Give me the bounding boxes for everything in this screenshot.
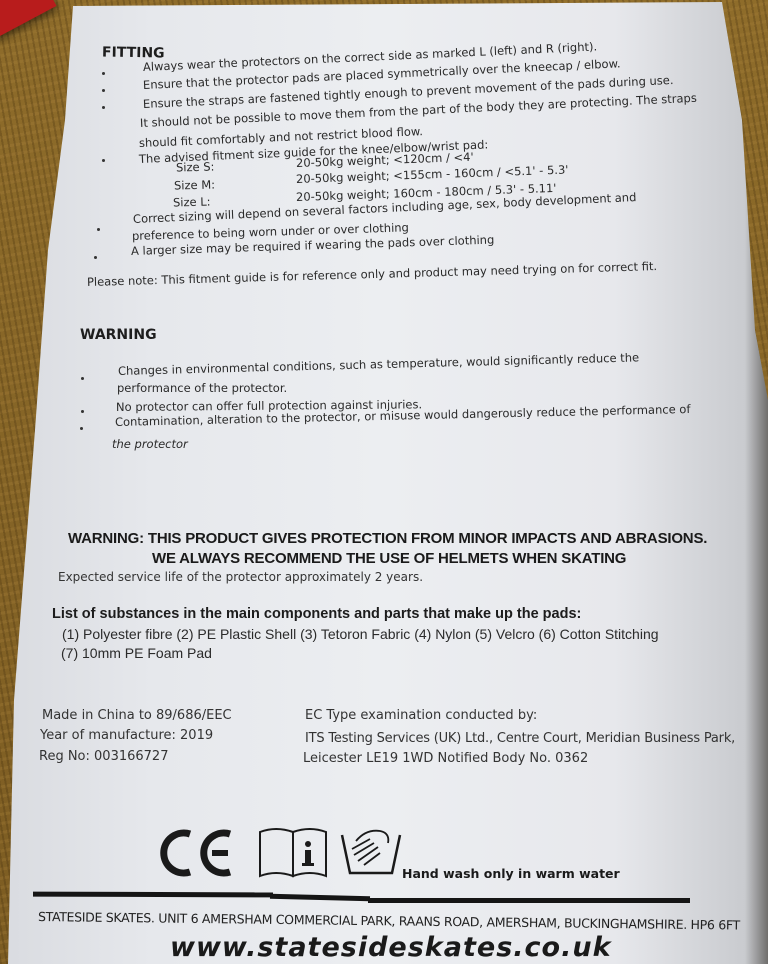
- company-address: STATESIDE SKATES. UNIT 6 AMERSHAM COMMER…: [38, 909, 740, 933]
- service-life: Expected service life of the protector a…: [58, 570, 423, 584]
- bullet: [97, 228, 100, 231]
- examination-body: ITS Testing Services (UK) Ltd., Centre C…: [305, 731, 735, 746]
- instruction-leaflet: FITTING Always wear the protectors on th…: [0, 0, 768, 964]
- year-of-manufacture: Year of manufacture: 2019: [40, 728, 213, 743]
- divider-rule: [368, 898, 690, 903]
- bullet: [102, 159, 105, 162]
- hand-wash-text: Hand wash only in warm water: [402, 866, 620, 881]
- size-label: Size L:: [173, 195, 211, 210]
- substances-heading: List of substances in the main component…: [52, 606, 581, 622]
- size-label: Size S:: [176, 159, 215, 174]
- examination-body: Leicester LE19 1WD Notified Body No. 036…: [303, 751, 588, 766]
- made-in: Made in China to 89/686/EEC: [42, 708, 232, 723]
- warning-heading: WARNING: [80, 327, 157, 343]
- bullet: [102, 89, 105, 92]
- please-note: Please note: This fitment guide is for r…: [87, 259, 657, 289]
- helmet-recommendation: WE ALWAYS RECOMMEND THE USE OF HELMETS W…: [152, 550, 626, 567]
- examination-title: EC Type examination conducted by:: [305, 708, 537, 723]
- red-cloth-background: [0, 0, 56, 39]
- ce-mark-icon: [160, 828, 240, 878]
- bullet: [102, 106, 105, 109]
- bullet: [80, 427, 83, 430]
- bullet: [94, 256, 97, 259]
- hand-wash-icon: [340, 825, 402, 877]
- warning-line: the protector: [112, 437, 188, 451]
- bullet: [102, 72, 105, 75]
- substances-list: (7) 10mm PE Foam Pad: [61, 645, 212, 661]
- size-label: Size M:: [174, 177, 215, 192]
- bullet: [81, 410, 84, 413]
- major-warning-line: WARNING: THIS PRODUCT GIVES PROTECTION F…: [68, 530, 707, 547]
- divider-rule: [33, 892, 273, 898]
- bullet: [81, 377, 84, 380]
- instruction-manual-icon: [258, 822, 328, 880]
- reg-no: Reg No: 003166727: [39, 749, 168, 764]
- warning-line: performance of the protector.: [117, 381, 287, 395]
- divider-rule: [270, 894, 370, 902]
- substances-list: (1) Polyester fibre (2) PE Plastic Shell…: [62, 626, 659, 642]
- warning-line: Changes in environmental conditions, suc…: [118, 350, 639, 378]
- website-url: www.statesideskates.co.uk: [170, 932, 612, 963]
